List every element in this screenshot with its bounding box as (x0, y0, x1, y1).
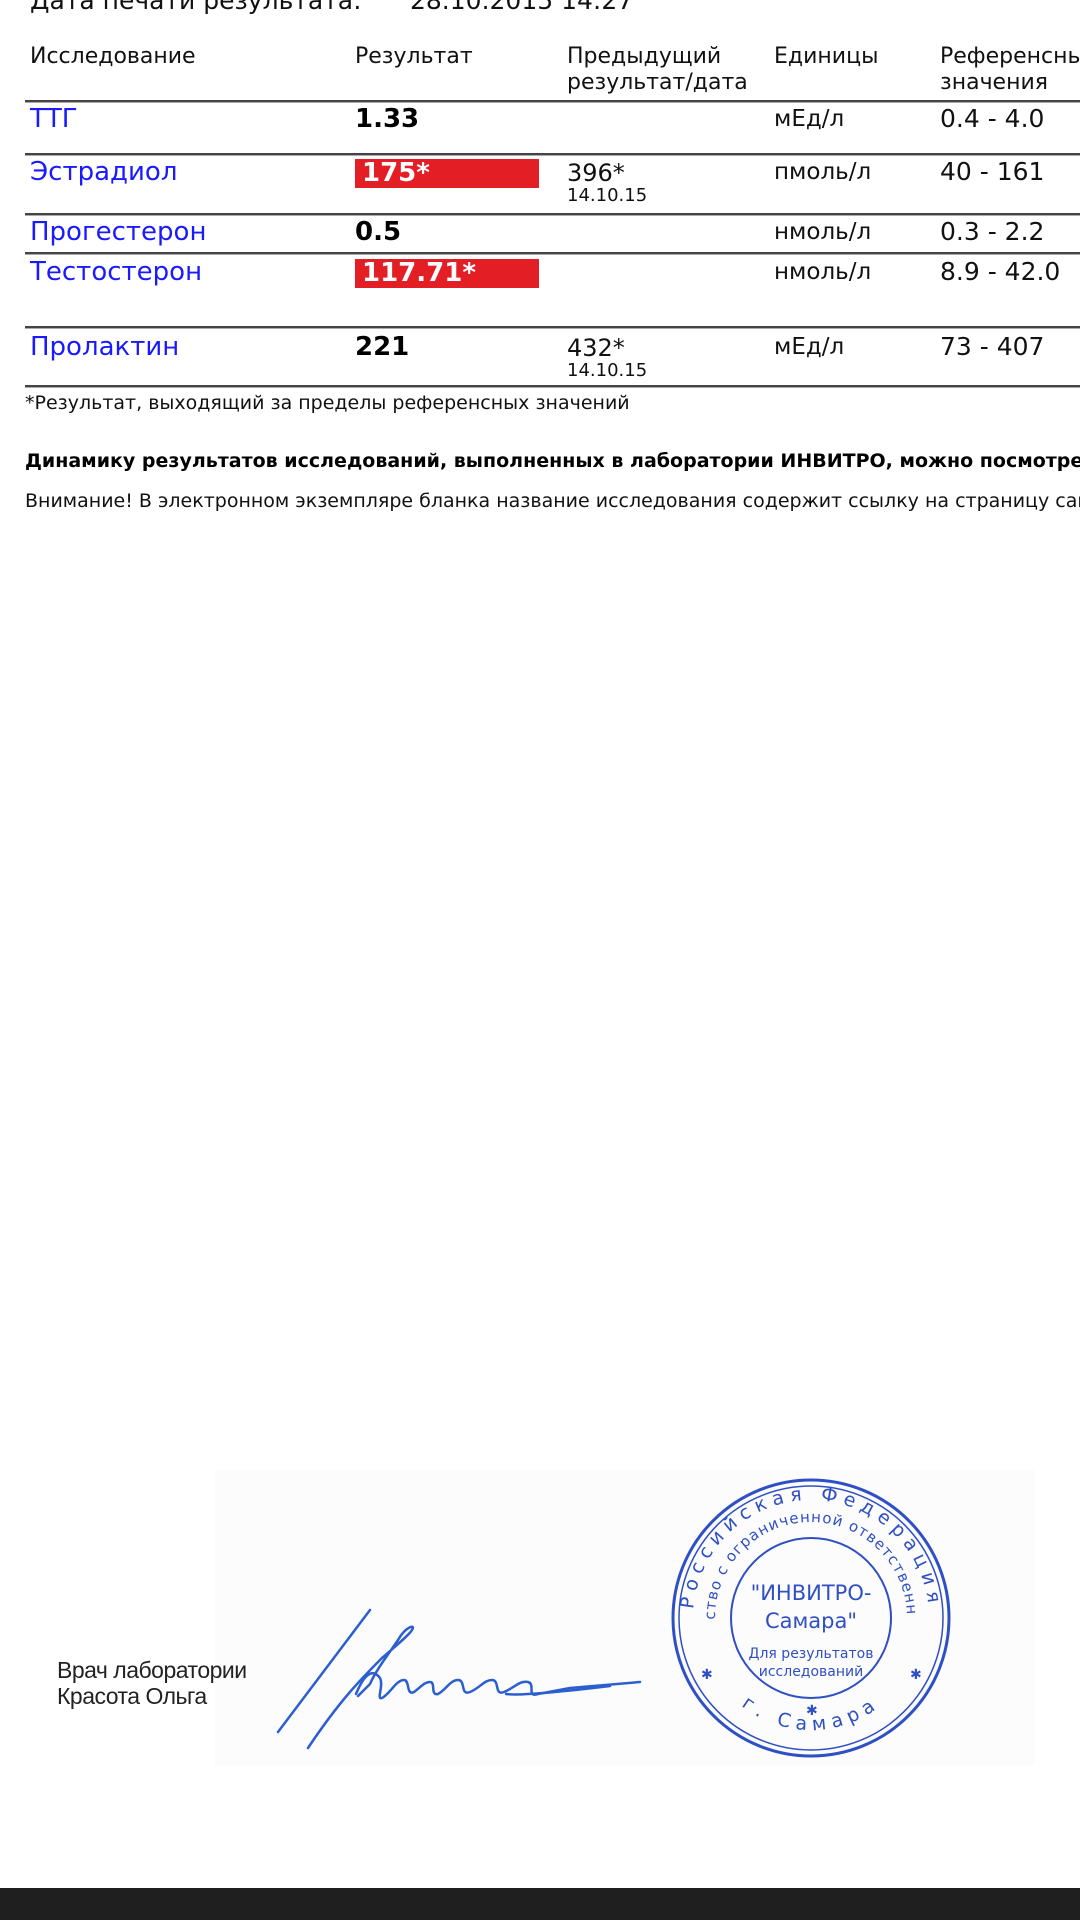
result-value: 221 (355, 332, 409, 362)
bottom-bar (0, 1888, 1080, 1920)
table-rule (25, 213, 1080, 216)
svg-text:✱: ✱ (806, 1703, 818, 1719)
result-value: 0.5 (355, 217, 401, 247)
result-value: 1.33 (355, 104, 419, 134)
table-rule (25, 326, 1080, 329)
units: пмоль/л (774, 159, 871, 185)
stamp-icon: Российская Федерация Общество с ограниче… (668, 1475, 954, 1761)
test-name-link[interactable]: Тестостерон (30, 257, 202, 287)
header-reference: Референсные значения (940, 44, 1080, 96)
doctor-title: Врач лаборатории (57, 1657, 247, 1683)
svg-text:Для результатов: Для результатов (749, 1646, 874, 1662)
header-result: Результат (355, 44, 473, 70)
units: нмоль/л (774, 259, 871, 285)
svg-text:"ИНВИТРО-: "ИНВИТРО- (751, 1581, 872, 1605)
table-header: Исследование Результат Предыдущий резуль… (25, 40, 1080, 102)
table-rule (25, 385, 1080, 388)
reference-range: 0.3 - 2.2 (940, 217, 1044, 246)
test-name-link[interactable]: ТТГ (30, 104, 78, 134)
footnote: *Результат, выходящий за пределы референ… (25, 392, 630, 414)
header-test: Исследование (30, 44, 196, 70)
table-rule (25, 252, 1080, 255)
print-date-value: 28.10.2015 14:27 (410, 0, 633, 15)
reference-range: 73 - 407 (940, 332, 1044, 361)
units: мЕд/л (774, 334, 844, 360)
svg-text:✱: ✱ (910, 1667, 922, 1683)
test-name-link[interactable]: Пролактин (30, 332, 179, 362)
previous-result: 396*14.10.15 (567, 159, 647, 205)
print-date-label: Дата печати результата: (30, 0, 362, 15)
result-flagged: 117.71* (355, 259, 539, 288)
signature-icon (270, 1600, 650, 1750)
table-rule (25, 153, 1080, 156)
result-flagged: 175* (355, 159, 539, 188)
previous-date: 14.10.15 (567, 187, 647, 205)
header-previous: Предыдущий результат/дата (567, 44, 748, 96)
svg-text:Самара": Самара" (765, 1609, 857, 1633)
reference-range: 8.9 - 42.0 (940, 257, 1060, 286)
print-date: Дата печати результата: 28.10.2015 14:27 (30, 0, 362, 15)
units: мЕд/л (774, 106, 844, 132)
doctor-name: Красота Ольга (57, 1683, 247, 1709)
previous-date: 14.10.15 (567, 362, 647, 380)
dynamics-text: Динамику результатов исследований, выпол… (25, 450, 1080, 472)
notice-text: Внимание! В электронном экземпляре бланк… (25, 490, 1080, 512)
reference-range: 0.4 - 4.0 (940, 104, 1044, 133)
test-name-link[interactable]: Эстрадиол (30, 157, 177, 187)
test-name-link[interactable]: Прогестерон (30, 217, 206, 247)
units: нмоль/л (774, 219, 871, 245)
header-units: Единицы (774, 44, 878, 70)
table-rule (25, 100, 1080, 103)
previous-result: 432*14.10.15 (567, 334, 647, 380)
svg-text:исследований: исследований (759, 1664, 863, 1680)
reference-range: 40 - 161 (940, 157, 1044, 186)
doctor-block: Врач лаборатории Красота Ольга (57, 1657, 247, 1709)
svg-text:✱: ✱ (701, 1667, 713, 1683)
